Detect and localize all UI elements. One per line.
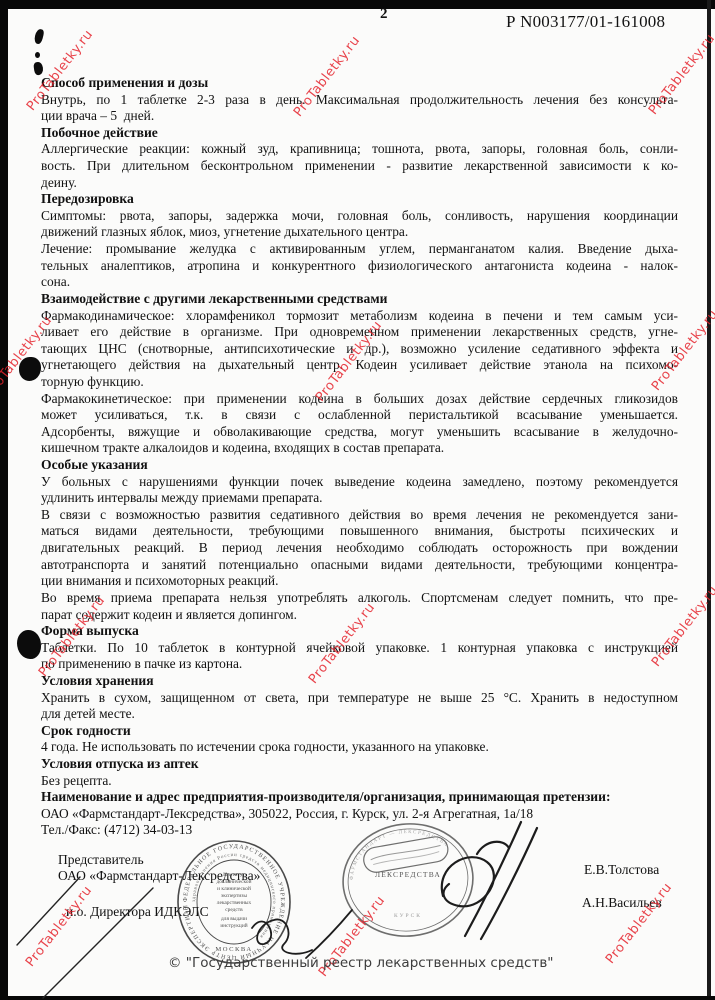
stamp-inner-line: инструкций: [220, 922, 247, 929]
stamp-inner-line: средств: [225, 907, 243, 913]
text-line: ции внимания и психомоторных реакций.: [41, 573, 678, 590]
text-line: В связи с возможностью развития седативн…: [41, 507, 678, 524]
scan-border-left: [0, 0, 8, 1000]
text-line: движений глазных яблок, миоз, угнетение …: [41, 224, 678, 241]
text-line: Адсорбенты, вяжущие и обволакивающие сре…: [41, 424, 678, 441]
text-line: деину.: [41, 175, 678, 192]
stamp-inner-line: экспертизы: [221, 893, 247, 899]
ink-mark: [35, 52, 40, 58]
section-heading: Условия хранения: [41, 673, 678, 690]
text-line: Лечение: промывание желудка с активирова…: [41, 241, 678, 258]
section-heading: Побочное действие: [41, 125, 678, 142]
ink-mark: [33, 61, 44, 75]
page-number: 2: [380, 6, 388, 23]
handwritten-signature: [425, 818, 550, 943]
text-line: Фармакокинетическое: при применении коде…: [41, 391, 678, 408]
section-heading: Условия отпуска из аптек: [41, 756, 678, 773]
stamp-inner-line: и клинической: [217, 885, 251, 892]
text-line: Фармакодинамическое: хлорамфеникол тормо…: [41, 308, 678, 325]
stamp-inner-line: доклинической: [217, 878, 252, 885]
text-line: Внутрь, по 1 таблетке 2-3 раза в день. М…: [41, 92, 678, 109]
text-line: Таблетки. По 10 таблеток в контурной яче…: [41, 640, 678, 657]
text-line: сона.: [41, 274, 678, 291]
section-heading: Взаимодействие с другими лекарственными …: [41, 291, 678, 308]
scan-border-top: [0, 0, 715, 9]
section-heading: Особые указания: [41, 457, 678, 474]
section-heading: Срок годности: [41, 723, 678, 740]
section-heading: Способ применения и дозы: [41, 75, 678, 92]
representative-label: Представитель: [58, 852, 144, 867]
ink-mark: [33, 28, 44, 44]
stamp-inner-line: для выдачи: [221, 916, 247, 922]
text-line: Во время приема препарата нельзя употреб…: [41, 590, 678, 607]
section-heading: Передозировка: [41, 191, 678, 208]
registration-number: Р N003177/01-161008: [506, 12, 665, 32]
text-line: Хранить в сухом, защищенном от света, пр…: [41, 690, 678, 707]
text-line: по применению в пачке из картона.: [41, 656, 678, 673]
text-line: У больных с нарушениями функции почек вы…: [41, 474, 678, 491]
text-line: Без рецепта.: [41, 773, 678, 790]
scan-border-right: [707, 0, 711, 1000]
text-line: вость. При длительном бесконтрольном при…: [41, 158, 678, 175]
section-heading: Наименование и адрес предприятия-произво…: [41, 789, 678, 806]
text-line: двигательных реакций. В период лечения н…: [41, 540, 678, 557]
watermark: ProTabletky.ru: [603, 880, 675, 967]
document-body: Способ применения и дозыВнутрь, по 1 таб…: [41, 75, 678, 839]
text-line: ции врача – 5 дней.: [41, 108, 678, 125]
text-line: Симптомы: рвота, запоры, задержка мочи, …: [41, 208, 678, 225]
text-line: тельных аналептиков, атропина и конкурен…: [41, 258, 678, 275]
text-line: кишечном тракте алкалоидов и кодеина, вх…: [41, 440, 678, 457]
text-line: маться видами деятельности, требующими п…: [41, 523, 678, 540]
signatory-name-tolstova: Е.В.Толстова: [584, 862, 659, 877]
text-line: 4 года. Не использовать по истечении сро…: [41, 739, 678, 756]
text-line: торную функцию.: [41, 374, 678, 391]
ink-blot: [17, 630, 41, 659]
scanned-leaflet-page: 2 Р N003177/01-161008 Способ применения …: [0, 0, 715, 1000]
text-line: автотранспорта и занятий потенциально оп…: [41, 557, 678, 574]
stamp-inner-line: Институт: [223, 872, 245, 878]
stamp-city: КУРСК: [394, 913, 422, 919]
text-line: удлинить интервалы между приемами препар…: [41, 490, 678, 507]
text-line: может усиливаться, т.к. в связи с ослабл…: [41, 407, 678, 424]
copyright-footer: © "Государственный реестр лекарственных …: [168, 955, 554, 971]
text-line: Аллергические реакции: кожный зуд, крапи…: [41, 141, 678, 158]
text-line: для детей месте.: [41, 706, 678, 723]
